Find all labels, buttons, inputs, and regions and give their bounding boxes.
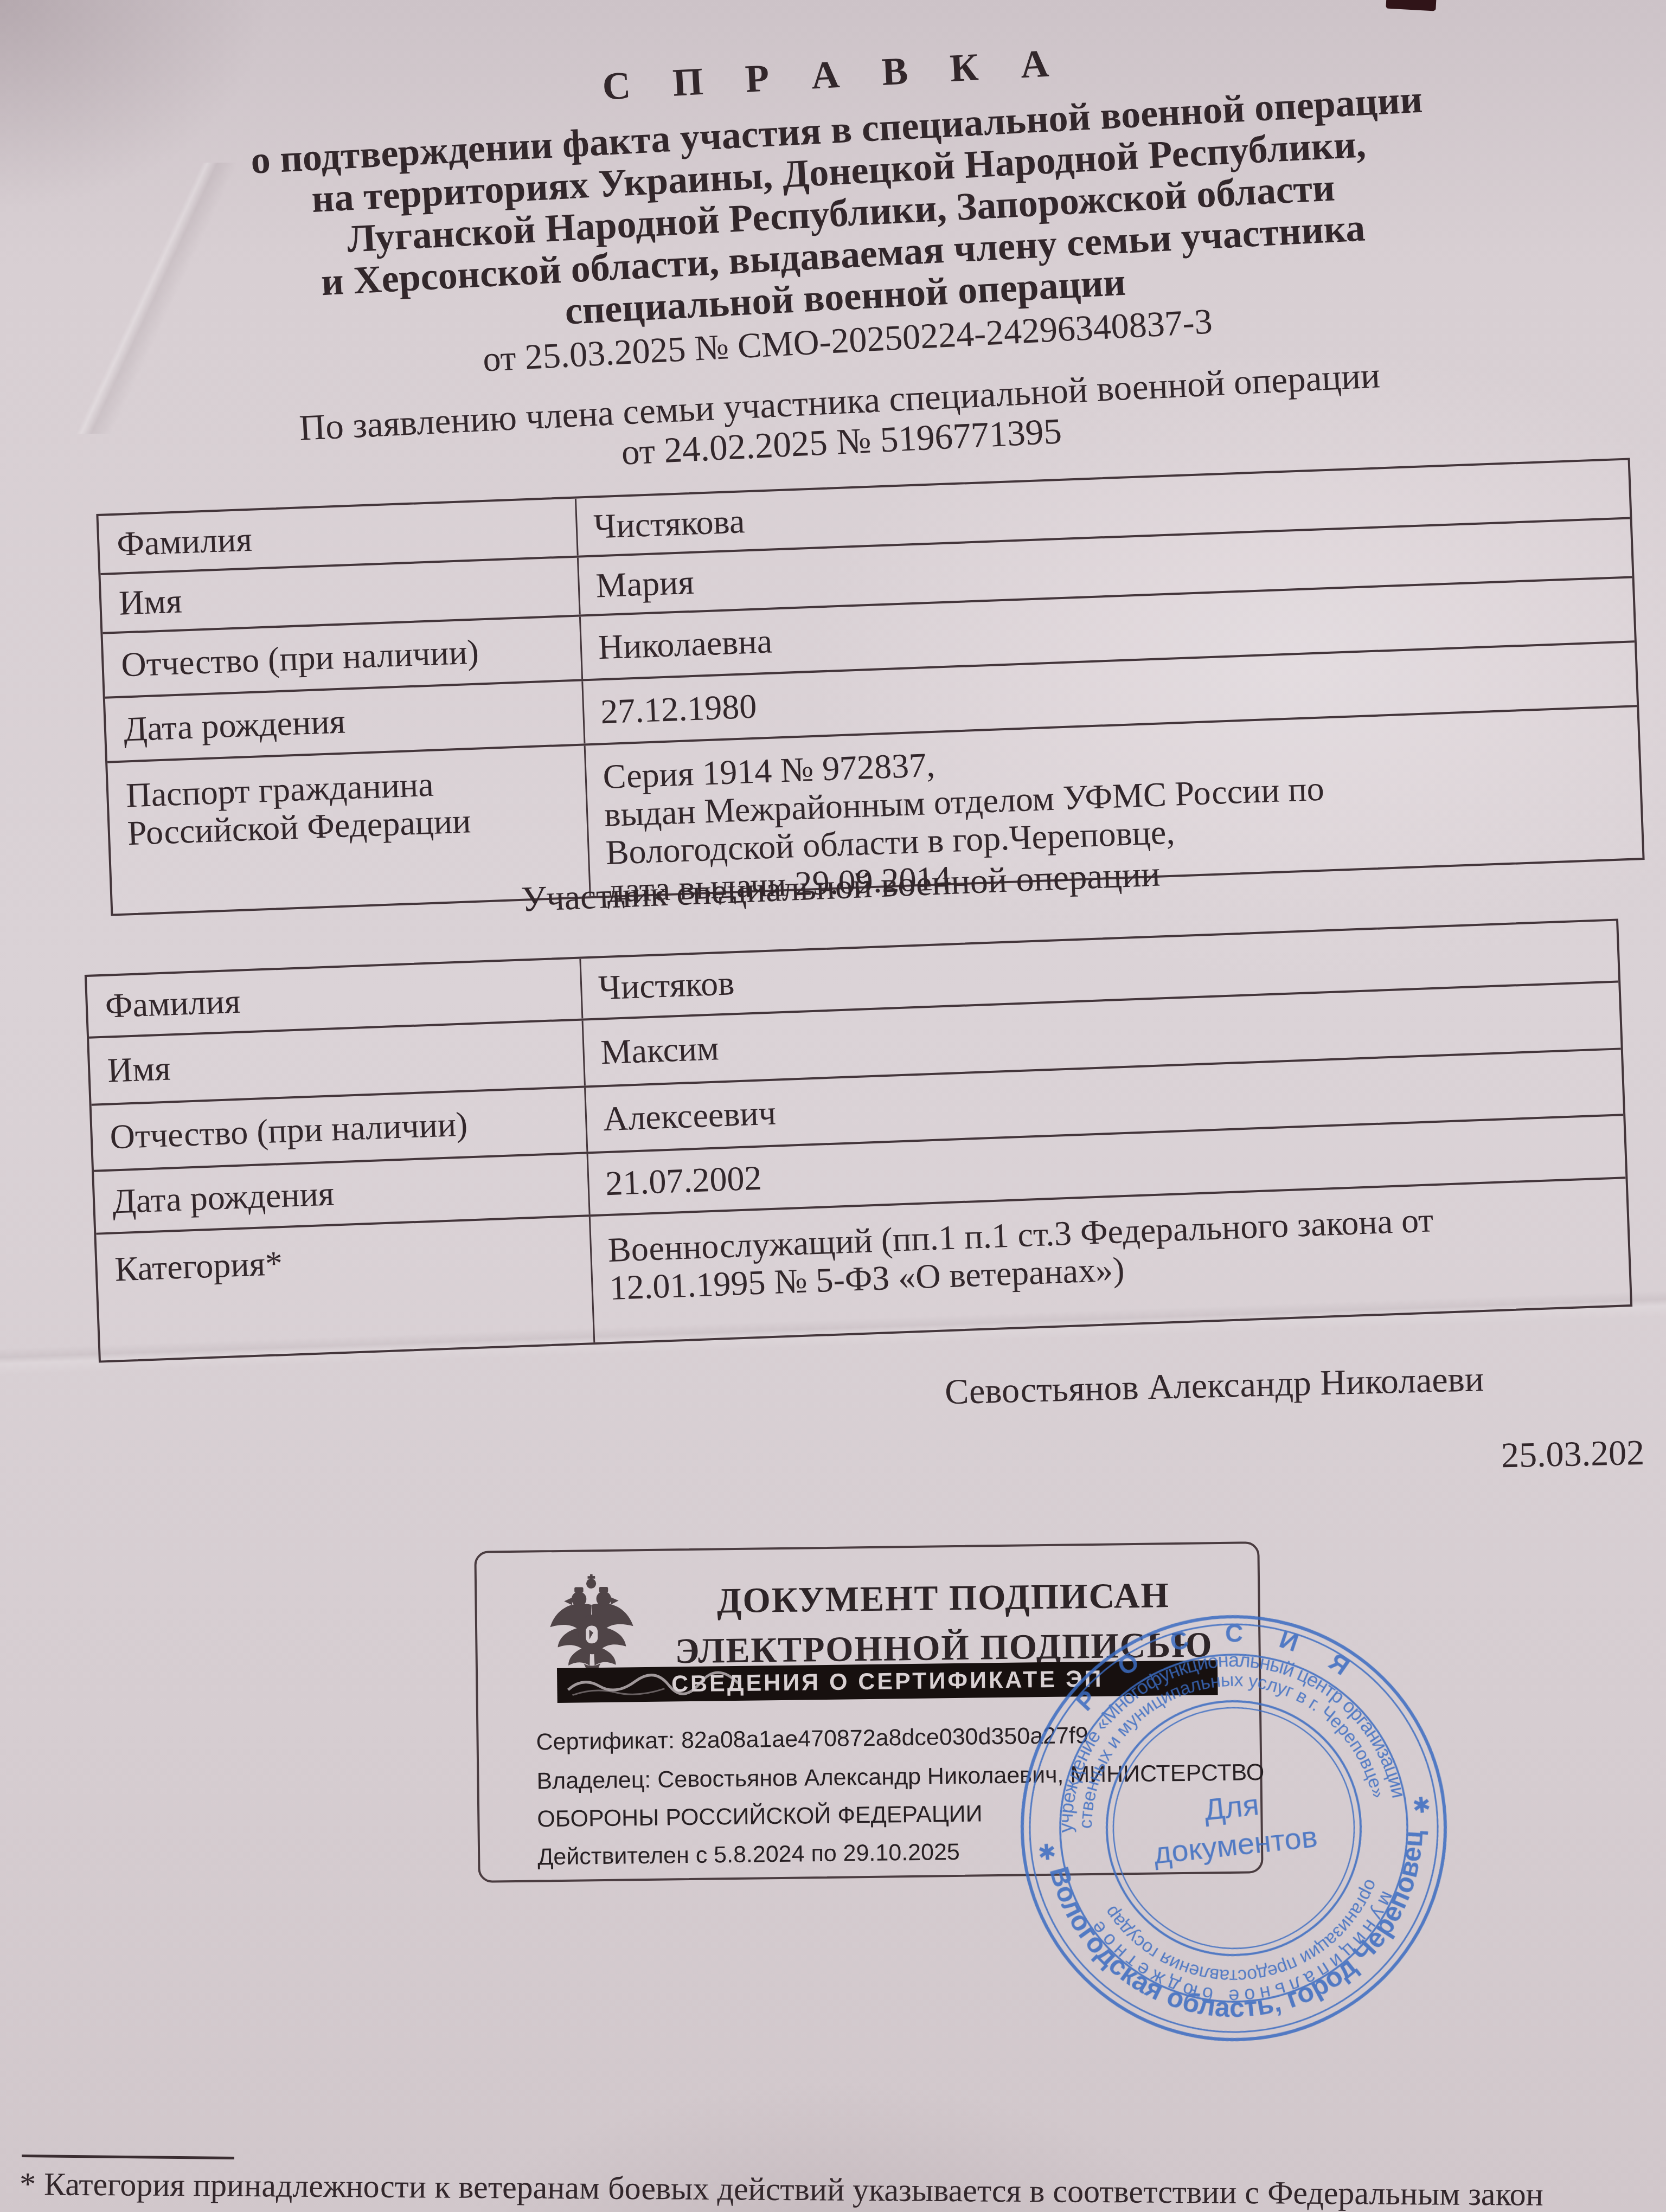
stamp-separator: ✱ (1037, 1840, 1058, 1866)
participant-table: Фамилия Чистяков Имя Максим Отчество (пр… (85, 918, 1632, 1362)
photo-of-paper-document: { "document": { "title": "С П Р А В К А"… (0, 0, 1666, 2212)
ink-stamp: Р О С С И Я Вологодская область, город Ч… (959, 1554, 1508, 2102)
signature-date: 25.03.202 (1501, 1427, 1666, 1477)
background-object (1386, 0, 1436, 11)
stamp-center-text: Для (1202, 1787, 1260, 1827)
signer-name: Севостьянов Александр Николаеви (944, 1352, 1666, 1413)
document-header: С П Р А В К А о подтверждении факта учас… (25, 10, 1656, 404)
pen-scribble (565, 1666, 744, 1703)
stamp-separator: ✱ (1411, 1793, 1432, 1818)
row-label: Категория* (96, 1217, 595, 1360)
footnote-text: * Категория принадлежности к ветеранам б… (20, 2165, 1666, 2212)
coat-of-arms-icon (541, 1570, 643, 1683)
stamp-center-text: документов (1152, 1819, 1319, 1870)
footnote-rule (22, 2155, 234, 2159)
